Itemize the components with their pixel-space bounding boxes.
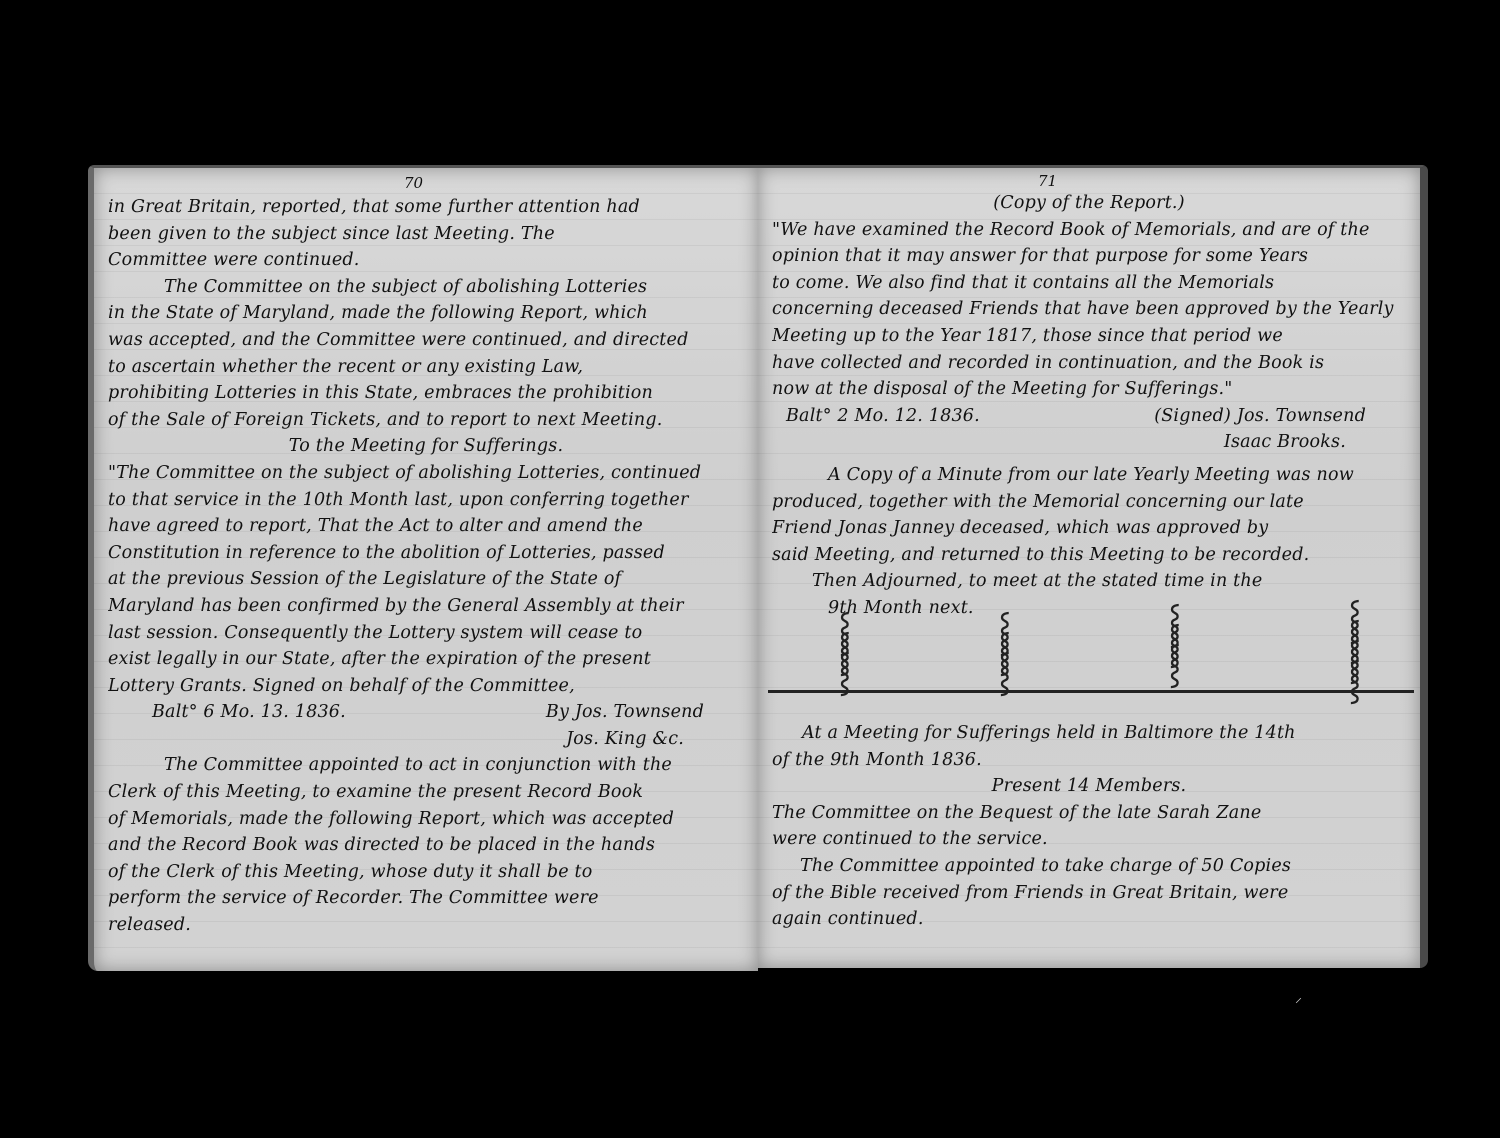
signature-name: Isaac Brooks. — [772, 429, 1406, 456]
text-line: perform the service of Recorder. The Com… — [108, 885, 744, 912]
text-line: At a Meeting for Sufferings held in Balt… — [772, 720, 1406, 747]
text-line: Clerk of this Meeting, to examine the pr… — [108, 779, 744, 806]
left-page-text: in Great Britain, reported, that some fu… — [94, 194, 758, 939]
text-line: have agreed to report, That the Act to a… — [108, 513, 744, 540]
text-line: "We have examined the Record Book of Mem… — [772, 217, 1406, 244]
right-page-text: (Copy of the Report.) "We have examined … — [758, 190, 1420, 622]
signature-name: (Signed) Jos. Townsend — [1154, 403, 1366, 430]
text-line: been given to the subject since last Mee… — [108, 221, 744, 248]
left-page: 70 in Great Britain, reported, that some… — [88, 165, 758, 971]
brace-mark: ⸾⸾⸾ — [1168, 613, 1182, 673]
signature-braces: ⸾⸾⸾ ⸾⸾⸾ ⸾⸾⸾ ⸾⸾⸾⸾ — [818, 613, 1380, 683]
scan-speck: ⸝ — [1295, 988, 1305, 1008]
text-line: The Committee appointed to take charge o… — [772, 853, 1406, 880]
text-line: Committee were continued. — [108, 247, 744, 274]
text-line: released. — [108, 912, 744, 939]
page-number: 71 — [1038, 172, 1057, 190]
text-line: to that service in the 10th Month last, … — [108, 487, 744, 514]
text-line: Then Adjourned, to meet at the stated ti… — [772, 568, 1406, 595]
attendance-line: Present 14 Members. — [772, 773, 1406, 800]
signature-date: Balt° 2 Mo. 12. 1836. — [772, 403, 980, 430]
signature-row: Balt° 2 Mo. 12. 1836. (Signed) Jos. Town… — [772, 403, 1406, 430]
brace-mark: ⸾⸾⸾ — [998, 621, 1012, 681]
brace-mark: ⸾⸾⸾⸾ — [1348, 609, 1362, 689]
text-line: to come. We also find that it contains a… — [772, 270, 1406, 297]
text-line: of Memorials, made the following Report,… — [108, 806, 744, 833]
right-page: 71 (Copy of the Report.) "We have examin… — [758, 165, 1428, 968]
section-divider — [768, 690, 1414, 693]
text-line: at the previous Session of the Legislatu… — [108, 566, 744, 593]
text-line: of the Sale of Foreign Tickets, and to r… — [108, 407, 744, 434]
text-line: A Copy of a Minute from our late Yearly … — [772, 462, 1406, 489]
text-line: was accepted, and the Committee were con… — [108, 327, 744, 354]
text-line: "The Committee on the subject of abolish… — [108, 460, 744, 487]
page-number: 70 — [404, 174, 423, 192]
text-line: prohibiting Lotteries in this State, emb… — [108, 380, 744, 407]
brace-mark: ⸾⸾⸾ — [838, 621, 852, 681]
text-line: again continued. — [772, 906, 1406, 933]
section-heading: To the Meeting for Sufferings. — [108, 433, 744, 460]
signature-name: Jos. King &c. — [108, 726, 744, 753]
text-line: now at the disposal of the Meeting for S… — [772, 376, 1406, 403]
text-line: Maryland has been confirmed by the Gener… — [108, 593, 744, 620]
text-line: The Committee on the Bequest of the late… — [772, 800, 1406, 827]
text-line: produced, together with the Memorial con… — [772, 489, 1406, 516]
text-line: of the 9th Month 1836. — [772, 747, 1406, 774]
text-line: and the Record Book was directed to be p… — [108, 832, 744, 859]
text-line: Friend Jonas Janney deceased, which was … — [772, 515, 1406, 542]
text-line: opinion that it may answer for that purp… — [772, 243, 1406, 270]
text-line: of the Bible received from Friends in Gr… — [772, 880, 1406, 907]
text-line: said Meeting, and returned to this Meeti… — [772, 542, 1406, 569]
text-line: were continued to the service. — [772, 826, 1406, 853]
text-line: to ascertain whether the recent or any e… — [108, 354, 744, 381]
text-line: last session. Consequently the Lottery s… — [108, 620, 744, 647]
text-line: The Committee appointed to act in conjun… — [108, 752, 744, 779]
text-line: Lottery Grants. Signed on behalf of the … — [108, 673, 744, 700]
text-line: exist legally in our State, after the ex… — [108, 646, 744, 673]
text-line: have collected and recorded in continuat… — [772, 350, 1406, 377]
text-line: of the Clerk of this Meeting, whose duty… — [108, 859, 744, 886]
text-line: Constitution in reference to the aboliti… — [108, 540, 744, 567]
text-line: in the State of Maryland, made the follo… — [108, 300, 744, 327]
signature-date: Balt° 6 Mo. 13. 1836. — [108, 699, 346, 726]
signature-name: By Jos. Townsend — [546, 699, 704, 726]
text-line: concerning deceased Friends that have be… — [772, 296, 1406, 323]
text-line: The Committee on the subject of abolishi… — [108, 274, 744, 301]
right-page-text-lower: At a Meeting for Sufferings held in Balt… — [758, 720, 1420, 933]
text-line: in Great Britain, reported, that some fu… — [108, 194, 744, 221]
text-line: Meeting up to the Year 1817, those since… — [772, 323, 1406, 350]
signature-row: Balt° 6 Mo. 13. 1836. By Jos. Townsend — [108, 699, 744, 726]
section-heading: (Copy of the Report.) — [772, 190, 1406, 217]
